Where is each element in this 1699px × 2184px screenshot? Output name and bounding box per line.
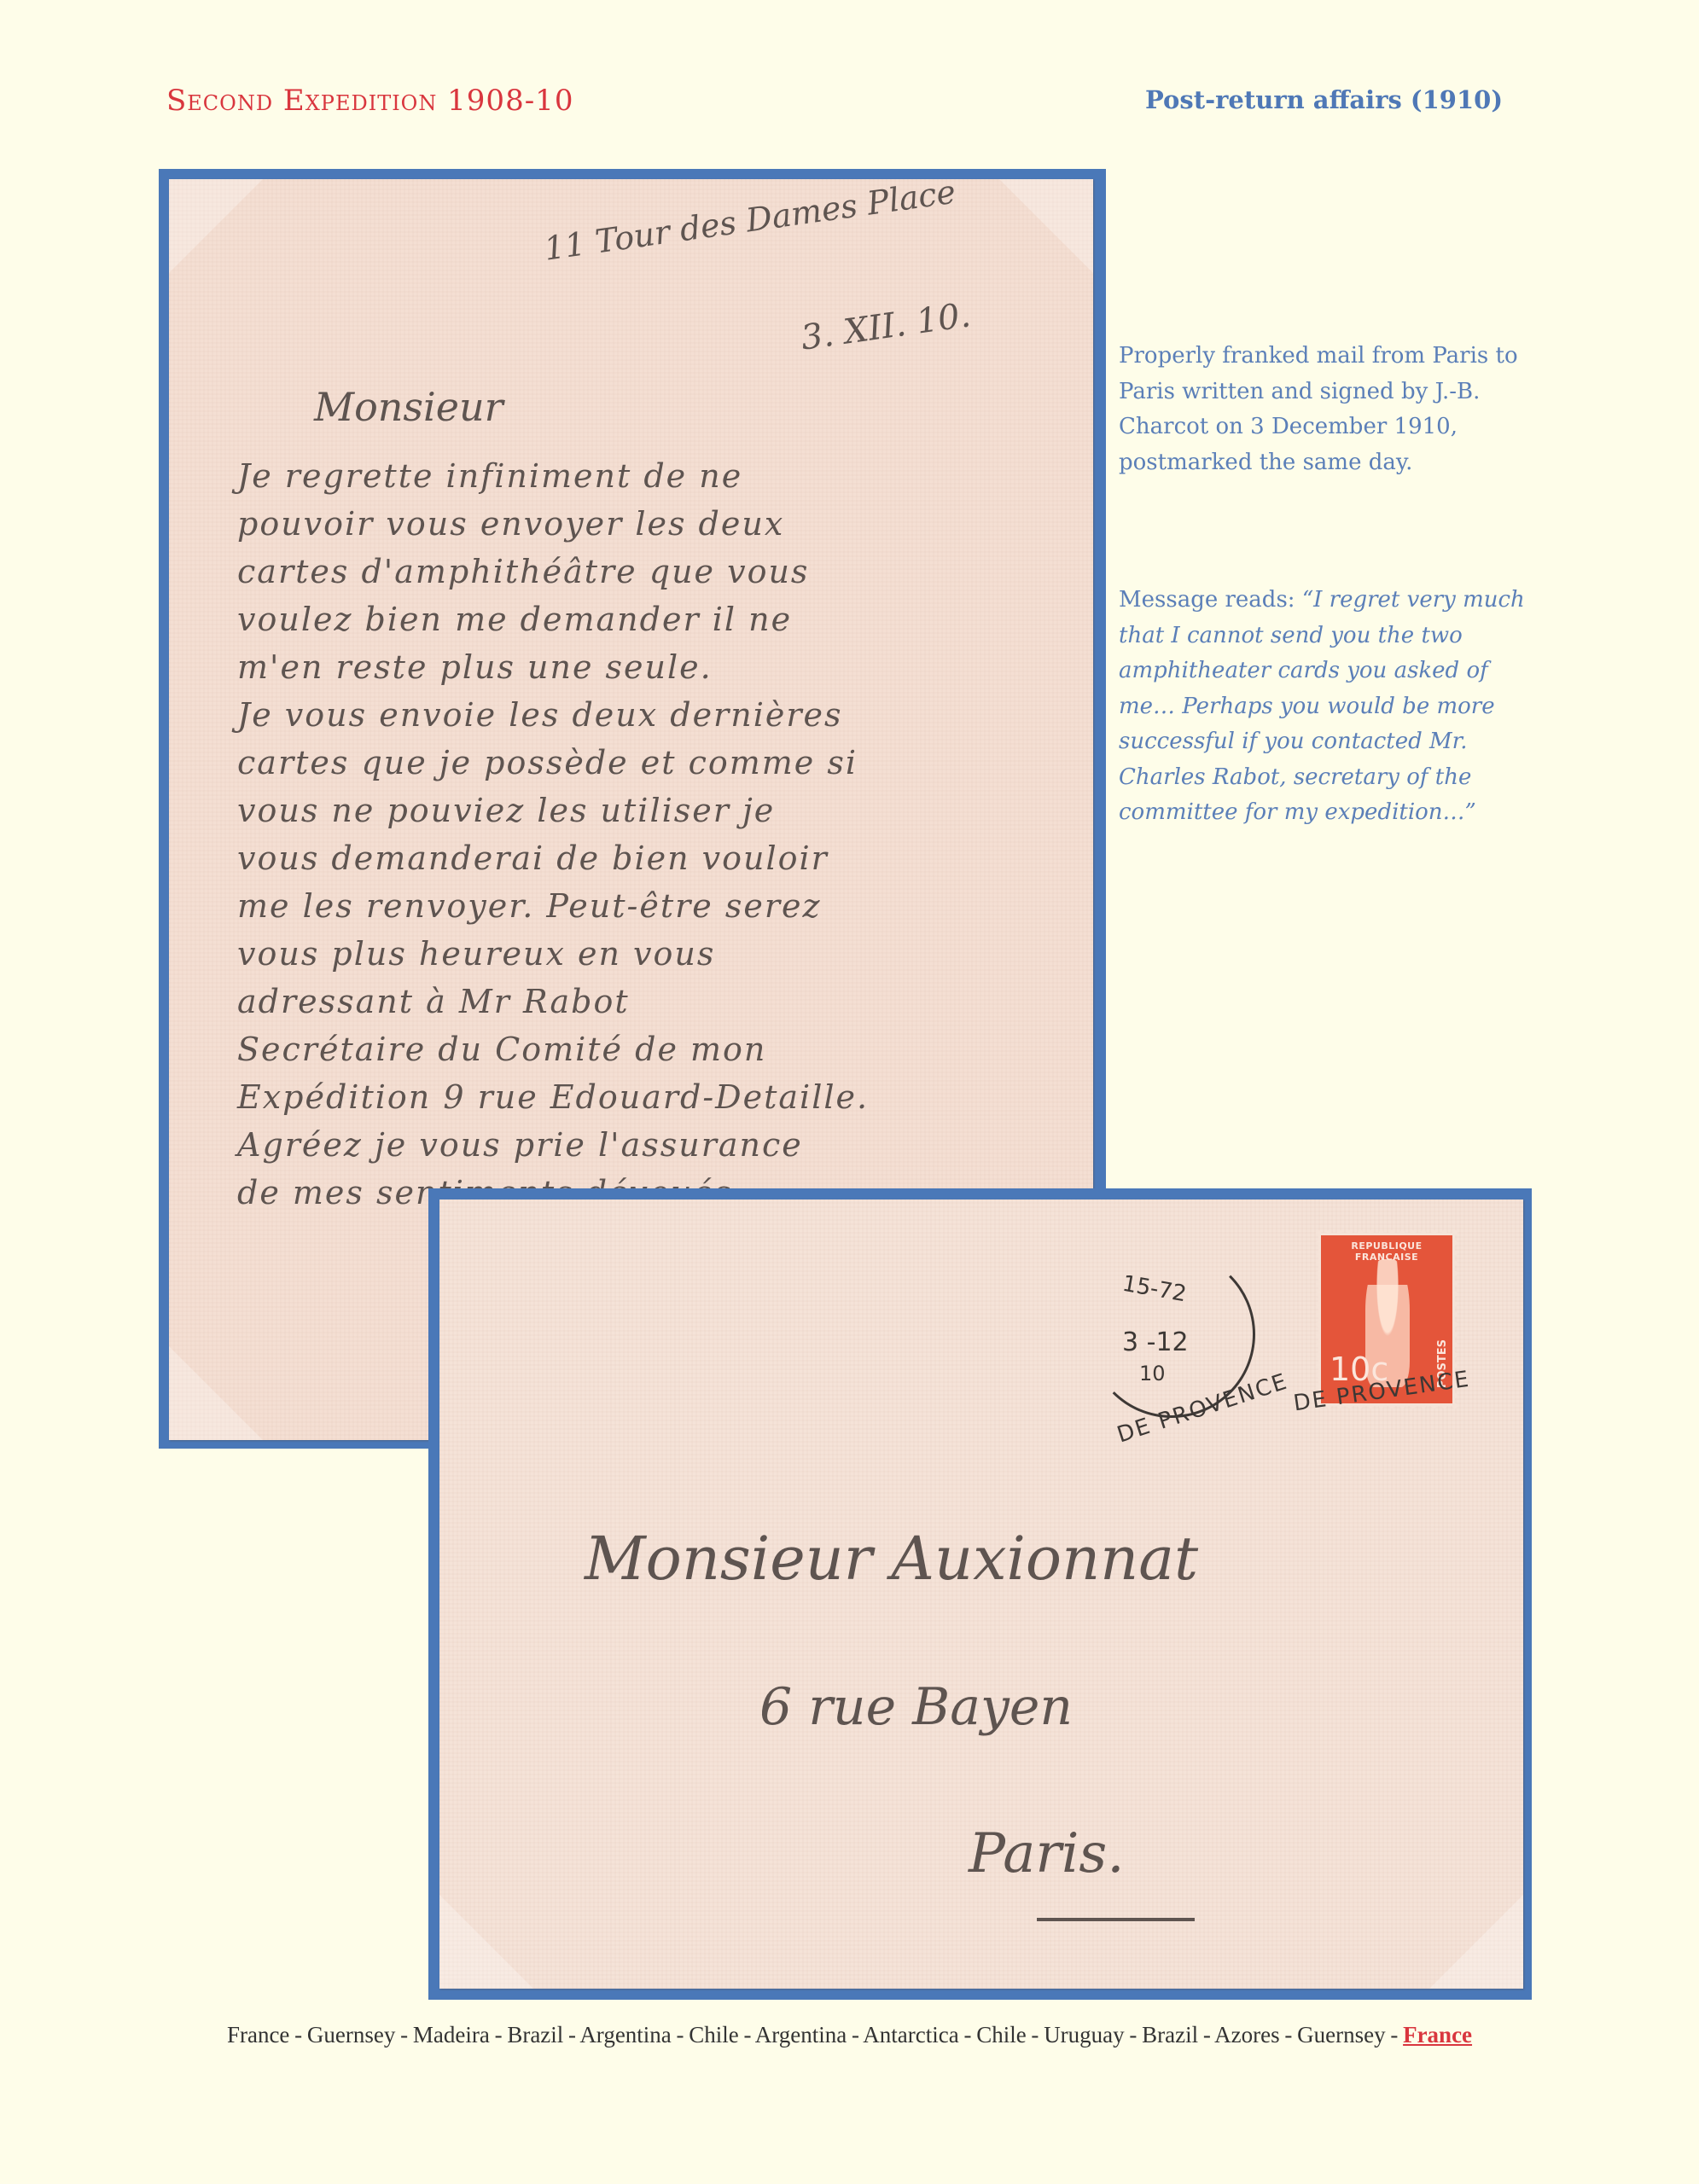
message-translation: Message reads: “I regret very much that … bbox=[1119, 583, 1545, 831]
letter-line: m'en reste plus une seule. bbox=[237, 643, 869, 691]
recipient-street: 6 rue Bayen bbox=[759, 1677, 1073, 1737]
expedition-route: France - Guernsey - Madeira - Brazil - A… bbox=[0, 2022, 1699, 2048]
route-stop-current: France bbox=[1403, 2022, 1472, 2047]
mount-corner bbox=[999, 179, 1093, 273]
envelope: 15-72 3 -12 10 DE PROVENCE REPUBLIQUE FR… bbox=[439, 1199, 1523, 1989]
route-stop: Azores - bbox=[1214, 2022, 1297, 2047]
letter-address: 11 Tour des Dames Place bbox=[542, 173, 958, 268]
letter-line: voulez bien me demander il ne bbox=[237, 595, 869, 643]
letter-salutation: Monsieur bbox=[314, 384, 503, 430]
letter-date: 3. XII. 10. bbox=[799, 295, 973, 357]
route-stop: Brazil - bbox=[1142, 2022, 1214, 2047]
letter-line: pouvoir vous envoyer les deux bbox=[237, 500, 869, 548]
route-stop: Guernsey - bbox=[307, 2022, 413, 2047]
postmark-date: 3 -12 bbox=[1122, 1327, 1189, 1357]
route-stop: Brazil - bbox=[507, 2022, 579, 2047]
route-stop: France - bbox=[227, 2022, 307, 2047]
route-stop: Chile - bbox=[976, 2022, 1044, 2047]
mount-corner bbox=[169, 179, 263, 273]
recipient-city: Paris. bbox=[969, 1822, 1125, 1885]
message-quote: “I regret very much that I cannot send y… bbox=[1119, 587, 1525, 825]
mount-corner bbox=[169, 1346, 263, 1440]
item-description: Properly franked mail from Paris to Pari… bbox=[1119, 339, 1545, 480]
route-stop: Argentina - bbox=[579, 2022, 689, 2047]
route-stop: Madeira - bbox=[413, 2022, 507, 2047]
letter-line: Agréez je vous prie l'assurance bbox=[237, 1121, 869, 1169]
letter-line: cartes d'amphithéâtre que vous bbox=[237, 548, 869, 595]
letter-line: Expédition 9 rue Edouard-Detaille. bbox=[237, 1073, 869, 1121]
city-underline bbox=[1037, 1918, 1195, 1921]
letter-line: Secrétaire du Comité de mon bbox=[237, 1025, 869, 1073]
route-stop: Antarctica - bbox=[863, 2022, 976, 2047]
letter-line: vous ne pouviez les utiliser je bbox=[237, 787, 869, 834]
postmark-year: 10 bbox=[1139, 1362, 1166, 1385]
letter-body: Je regrette infiniment de nepouvoir vous… bbox=[237, 452, 869, 1217]
route-stop: Uruguay - bbox=[1044, 2022, 1142, 2047]
letter-line: cartes que je possède et comme si bbox=[237, 739, 869, 787]
letter-line: vous demanderai de bien vouloir bbox=[237, 834, 869, 882]
letter-line: adressant à Mr Rabot bbox=[237, 978, 869, 1025]
section-title: Second Expedition 1908-10 bbox=[166, 84, 573, 118]
route-stop: Guernsey - bbox=[1297, 2022, 1403, 2047]
recipient-name: Monsieur Auxionnat bbox=[585, 1524, 1198, 1594]
letter-line: Je vous envoie les deux dernières bbox=[237, 691, 869, 739]
route-stop: Chile - bbox=[689, 2022, 755, 2047]
letter-line: vous plus heureux en vous bbox=[237, 930, 869, 978]
letter-line: me les renvoyer. Peut-être serez bbox=[237, 882, 869, 930]
message-prefix: Message reads: bbox=[1119, 587, 1302, 613]
page-title: Post-return affairs (1910) bbox=[1145, 85, 1503, 114]
route-stop: Argentina - bbox=[755, 2022, 863, 2047]
mount-corner bbox=[439, 1895, 533, 1989]
mount-corner bbox=[1429, 1895, 1523, 1989]
letter-line: Je regrette infiniment de ne bbox=[237, 452, 869, 500]
